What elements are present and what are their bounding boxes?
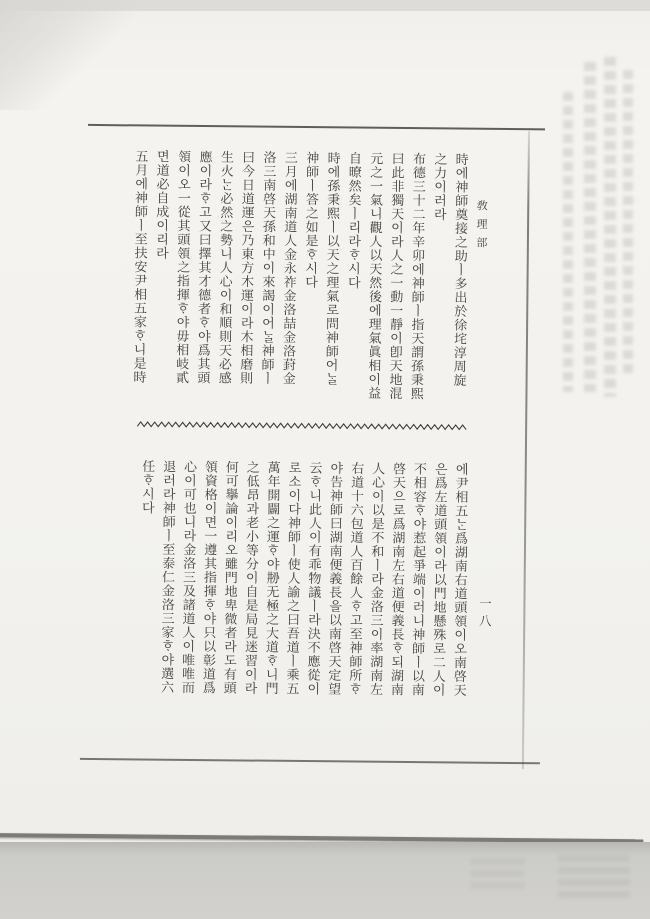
- text-column: 元之一氣니觀人以天然後에理氣眞相이益: [364, 152, 382, 401]
- text-column: 萬年開闢之運ᄒᆞ야刱无極之大道ᄒᆞ니門: [261, 461, 279, 696]
- text-column: 時에神師奠接之助ㅣ多出於徐垞淳周旋: [450, 152, 468, 387]
- page-number: 一八: [475, 597, 493, 632]
- scanned-document-page: 敎理部 時에神師奠接之助ㅣ多出於徐垞淳周旋之力이러라布德三十二年辛卯에神師ㅣ指天…: [0, 0, 650, 919]
- text-column: 自暸然矣ㅣ리라ᄒᆞ시다: [344, 151, 361, 289]
- text-column: 曰今日道運은乃東方木運이라木相磨則: [236, 150, 254, 385]
- text-column: 면道必自成이리라: [152, 150, 169, 261]
- frame-bottom-rule: [80, 758, 540, 764]
- text-column: 에尹相五ᄂᆞᆫ爲湖南右道頭領이오南啓天: [450, 462, 468, 697]
- section-label: 敎理部: [473, 200, 490, 256]
- text-column: 任ᄒᆞ시다: [138, 459, 155, 514]
- text-column: 五月에神師ㅣ至扶安尹相五家ᄒᆞ니是時: [129, 149, 147, 384]
- text-column: 應이라ᄒᆞ고又曰擇其才德者ᄒᆞ야爲其頭: [193, 150, 211, 385]
- text-column: 領資格이면一遵其指揮ᄒᆞ야只以彰道爲: [199, 460, 217, 695]
- printed-area: 敎理部 時에神師奠接之助ㅣ多出於徐垞淳周旋之力이러라布德三十二年辛卯에神師ㅣ指天…: [0, 0, 650, 919]
- text-column: 不相容ᄒᆞ야惹起爭端이러니神師ㅣ以南: [408, 462, 426, 697]
- text-column: 神師ㅣ答之如是ᄒᆞ시다: [301, 151, 318, 289]
- text-column: 人心이以是不和ㅣ라金洛三이率湖南左: [366, 462, 384, 697]
- text-column: 야告神師曰湖南便義長을以南啓天定望: [324, 461, 342, 696]
- text-column: 領이오一從其頭領之指揮ᄒᆞ야毋相岐貳: [172, 150, 190, 385]
- text-column: 云ᄒᆞ니此人이有乖物議ㅣ라決不應從이: [303, 461, 321, 696]
- text-column: 何可擧論이리오雖門地卑微者라도有頭: [220, 460, 238, 695]
- text-column: 心이可也니라金洛三及諸道人이唯唯而: [178, 460, 196, 695]
- scan-bottom-margin: [0, 842, 650, 919]
- text-column: 三月에湖南道人金永祚金洛喆金洛葑金: [279, 151, 297, 386]
- text-column: 曰此非獨天이라人之一動一靜이卽天地混: [385, 152, 403, 401]
- text-column: 로소이다神師ㅣ使人諭之曰吾道ㅣ乘五: [282, 461, 300, 696]
- text-column: 之力이러라: [430, 152, 447, 221]
- text-column: 退러라神師ㅣ至泰仁金洛三家ᄒᆞ야選六: [157, 460, 175, 695]
- bleed-through-smudge: [558, 855, 630, 903]
- text-column: 時에孫秉熙ㅣ以天之理氣로問神師어ᄂᆞᆯ: [321, 151, 339, 386]
- text-column: 啓天으로爲湖南左右道便義長ᄒᆞ되湖南: [387, 462, 405, 697]
- wavy-divider: [137, 419, 471, 432]
- text-column: 之低昂과老小等分이自是局見迷習이라: [241, 460, 259, 695]
- text-column: 은爲左道頭領이라以門地懸殊로二人이: [429, 462, 447, 697]
- text-column: 布德三十二年辛卯에神師ㅣ指天謂孫秉熙: [407, 152, 425, 401]
- text-column: 洛三南啓天孫和中이來謁이어ᄂᆞᆯ神師ㅣ: [257, 151, 275, 386]
- text-column: 右道十六包道人百餘人ᄒᆞ고至神師所ᄒᆞ: [345, 461, 363, 696]
- frame-top-rule: [88, 124, 545, 130]
- gutter-crease-line: [522, 131, 530, 769]
- bleed-through-smudge: [470, 858, 525, 894]
- text-column: 生火ᄂᆞᆫ必然之勢니人心이和順則天必感: [215, 150, 233, 385]
